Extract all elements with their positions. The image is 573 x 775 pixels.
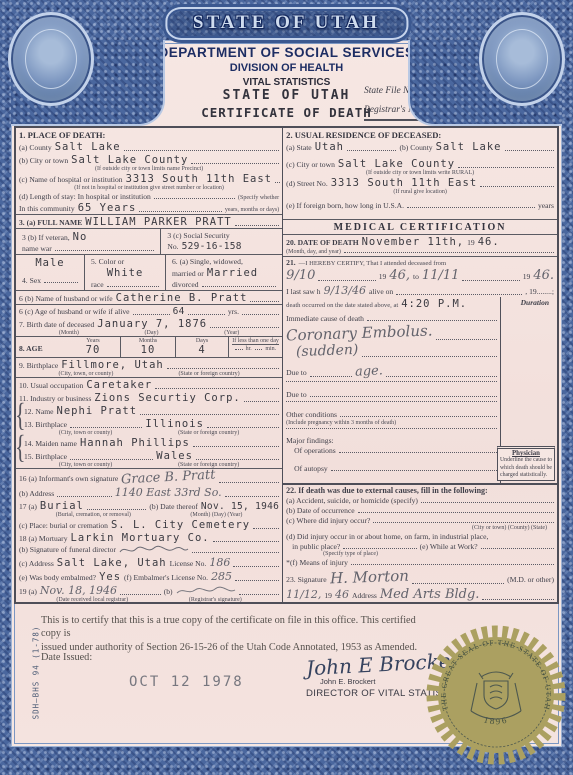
field-sex: Male 4. Sex xyxy=(16,255,85,290)
mother-name-label: 14. Maiden name xyxy=(24,439,77,448)
ssn-label: 3 (c) Social Security xyxy=(167,231,229,240)
age-days-cell: Days4 xyxy=(176,337,229,357)
attended-to-year: 46. xyxy=(533,268,554,283)
mother-birthplace-label: 15. Birthplace xyxy=(24,452,67,461)
field-marital: 6. (a) Single, widowed, married orMarrie… xyxy=(166,255,282,290)
mortuary-value: Larkin Mortuary Co. xyxy=(71,532,210,544)
disposition-label: 17 (a) xyxy=(19,502,37,511)
ext-at-work-label: (e) While at Work? xyxy=(420,542,478,551)
pod-city-value: Salt Lake County xyxy=(71,154,188,166)
medallion-right xyxy=(479,12,565,106)
field-physician-signature: 23. SignatureH. Morton(M.D. or other) 11… xyxy=(283,567,557,602)
row-veteran-ssn: 3 (b) If veteran,No name war 3 (c) Socia… xyxy=(16,229,282,255)
physician-note-title: Physician xyxy=(500,450,552,457)
date-of-death-year: 46. xyxy=(478,236,500,248)
form-left-column: 1. PLACE OF DEATH: (a) CountySalt Lake (… xyxy=(16,128,283,602)
race-label: 5. Color or xyxy=(91,257,124,266)
field-spouse-age: 6 (c) Age of husband or wife if alive64y… xyxy=(16,305,282,317)
birth-date-value: January 7, 1876 xyxy=(97,318,207,330)
father-name-label: 12. Name xyxy=(24,407,54,416)
immediate-cause-label: Immediate cause of death xyxy=(286,314,364,323)
res-city-label: (c) City or town xyxy=(286,160,335,169)
form-right-column: 2. USUAL RESIDENCE OF DECEASED: (a) Stat… xyxy=(283,128,557,602)
father-birthplace-label: 13. Birthplace xyxy=(24,420,67,429)
death-certificate-scan: { "colors":{"paper":"#f3e2de","frame_blu… xyxy=(0,0,573,775)
field-race: 5. Color or White race xyxy=(85,255,166,290)
mortuary-label: 18 (a) Mortuary xyxy=(19,534,68,543)
race-value: White xyxy=(107,267,144,279)
physician-note-box: Physician Underline the cause to which d… xyxy=(497,446,555,481)
ext-date-label: (b) Date of occurrence xyxy=(286,506,355,515)
field-veteran: 3 (b) If veteran,No name war xyxy=(16,229,161,254)
mother-brace: { xyxy=(15,431,26,464)
attended-to-date: 11/11 xyxy=(422,268,459,283)
birth-date-label: 7. Birth date of deceased xyxy=(19,320,94,329)
pod-city-label: (b) City or town xyxy=(19,156,68,165)
time-of-death: 4:20 P.M. xyxy=(401,298,467,310)
age-hours-cell: If less than one dayhr.min. xyxy=(229,337,282,357)
external-causes-title: 22. If death was due to external causes,… xyxy=(286,486,488,495)
embalmer-license-label: (f) Embalmer's License No. xyxy=(124,573,208,582)
pod-stay-sub2: years, months or days) xyxy=(225,207,279,213)
veteran-value: No xyxy=(73,231,88,243)
pod-stay-value: 65 Years xyxy=(78,202,137,214)
attended-from-year: 46, xyxy=(389,268,410,283)
disposition-value: Burial xyxy=(40,500,84,512)
section-cause-of-death: Duration death occurred on the date stat… xyxy=(283,297,557,483)
date-issued-stamp: OCT 12 1978 xyxy=(129,674,244,690)
industry-label: 11. Industry or business xyxy=(19,394,91,403)
received-label: 19 (a) xyxy=(19,587,37,596)
ext-where-label: (c) Where did injury occur? xyxy=(286,516,370,525)
last-saw-label: I last saw h xyxy=(286,287,320,296)
spouse-value: Catherine B. Pratt xyxy=(116,292,248,304)
funeral-director-label: (b) Signature of funeral director xyxy=(19,545,116,554)
of-autopsy-label: Of autopsy xyxy=(294,464,328,473)
due-to-1-label: Due to xyxy=(286,368,306,377)
mortuary-address-value: Salt Lake, Utah xyxy=(57,557,167,569)
field-full-name: 3. (a) FULL NAMEWILLIAM PARKER PRATT xyxy=(16,215,282,229)
date-of-death-label: 20. DATE OF DEATH xyxy=(286,238,358,247)
date-issued-label: Date Issued: xyxy=(41,652,92,663)
field-embalmed: (e) Was body embalmed?Yes(f) Embalmer's … xyxy=(16,569,282,583)
pod-county-label: (a) County xyxy=(19,143,52,152)
field-date-of-death: 20. DATE OF DEATHNovember 11th,1946. (Mo… xyxy=(283,235,557,257)
age-years-value: 70 xyxy=(69,344,117,356)
pod-hospital-label: (c) Name of hospital or institution xyxy=(19,175,123,184)
mother-birthplace-value: Wales xyxy=(156,450,193,462)
informant-address: 1140 East 33rd So. xyxy=(115,486,222,499)
medical-certification-header: MEDICAL CERTIFICATION xyxy=(283,220,557,235)
pod-hospital-value: 3313 South 11th East xyxy=(126,173,272,185)
field-burial: 17 (a)Burial(b) Date thereofNov. 15, 194… xyxy=(16,499,282,518)
field-industry: 11. Industry or businessZions Securtiy C… xyxy=(16,391,282,404)
medallion-left xyxy=(8,12,94,106)
physician-signature: H. Morton xyxy=(329,567,408,588)
field-birthplace: 9. BirthplaceFillmore, Utah (City, town,… xyxy=(16,358,282,378)
due-to-2-label: Due to xyxy=(286,390,306,399)
birthplace-label: 9. Birthplace xyxy=(19,361,58,370)
informant-label: 16 (a) Informant's own signature xyxy=(19,474,118,483)
res-foreign-label: (e) If foreign born, how long in U.S.A. xyxy=(286,201,404,210)
embalmer-license-number: 285 xyxy=(211,570,232,583)
age-days-value: 4 xyxy=(179,344,225,356)
form-number-sidecode: SDH—BHS 94 (1-78) xyxy=(31,626,40,720)
burial-place-value: S. L. City Cemetery xyxy=(111,519,250,531)
res-street-value: 3313 South 11th East xyxy=(331,177,477,189)
other-conditions-label: Other conditions xyxy=(286,410,337,419)
field-spouse: 6 (b) Name of husband or wifeCatherine B… xyxy=(16,291,282,305)
immediate-cause-handwritten2: (sudden) xyxy=(296,342,359,360)
place-of-death-title: 1. PLACE OF DEATH: xyxy=(16,128,282,140)
embalmed-value: Yes xyxy=(99,571,121,583)
due-to-1-handwritten: age. xyxy=(354,363,383,379)
funeral-director-signature xyxy=(119,545,189,555)
sex-label: 4. Sex xyxy=(22,276,41,285)
mother-name-value: Hannah Phillips xyxy=(80,437,190,449)
attended-from-date: 9/10 xyxy=(286,268,315,283)
res-state-value: Utah xyxy=(315,141,344,153)
license-number: 186 xyxy=(209,556,230,569)
ext-accident-label: (a) Accident, suicide, or homicide (spec… xyxy=(286,496,418,505)
of-operations-label: Of operations xyxy=(294,446,336,455)
section-residence: 2. USUAL RESIDENCE OF DECEASED: (a) Stat… xyxy=(283,128,557,220)
pod-county-value: Salt Lake xyxy=(55,141,121,153)
res-city-value: Salt Lake County xyxy=(338,158,455,170)
medical-certification-title: MEDICAL CERTIFICATION xyxy=(283,220,557,234)
age-months-cell: Months10 xyxy=(121,337,176,357)
field-burial-place: (c) Place: burial or cremationS. L. City… xyxy=(16,518,282,531)
field-father-birthplace: 13. BirthplaceIllinois (City, town or co… xyxy=(16,417,282,436)
age-label: 8. AGE xyxy=(19,344,43,353)
ssn-value: 529-16-158 xyxy=(182,241,242,252)
death-occurred-label: death occurred on the date stated above,… xyxy=(286,302,398,309)
occupation-value: Caretaker xyxy=(86,379,152,391)
pod-community-label: In this community xyxy=(19,204,75,213)
license-label: License No. xyxy=(170,559,207,568)
residence-title: 2. USUAL RESIDENCE OF DECEASED: xyxy=(283,128,557,140)
row-sex-race-marital: Male 4. Sex 5. Color or White race 6. (a… xyxy=(16,255,282,291)
veteran-label2: name war xyxy=(22,244,52,253)
field-informant: 16 (a) Informant's own signatureGrace B.… xyxy=(16,469,282,499)
state-of-utah-banner: STATE OF UTAH xyxy=(165,7,408,40)
section-certify: 21.—I HEREBY CERTIFY, That I attended de… xyxy=(283,257,557,297)
field-mother-birthplace: 15. BirthplaceWales (City, town or count… xyxy=(16,449,282,469)
spouse-age-label: 6 (c) Age of husband or wife if alive xyxy=(19,307,130,316)
burial-date-label: (b) Date thereof xyxy=(149,502,198,511)
sex-value: Male xyxy=(35,257,64,269)
registrar-signature xyxy=(176,586,236,596)
ext-means-label: *(f) Means of injury xyxy=(286,558,348,567)
mortuary-address-label: (c) Address xyxy=(19,559,54,568)
res-county-value: Salt Lake xyxy=(436,141,502,153)
marital-label: 6. (a) Single, widowed, xyxy=(172,257,243,266)
certify-statement: —I HEREBY CERTIFY, That I attended decea… xyxy=(299,260,446,267)
banner-text: STATE OF UTAH xyxy=(193,12,380,33)
field-registrar-receipt: 19 (a)Nov. 18, 1946(b) (Date received lo… xyxy=(16,583,282,603)
field-funeral-director: (b) Signature of funeral director xyxy=(16,544,282,555)
spouse-age-value: 64 xyxy=(173,306,185,317)
res-county-label: (b) County xyxy=(399,143,432,152)
field-mortuary: 18 (a) MortuaryLarkin Mortuary Co. xyxy=(16,531,282,544)
father-name-value: Nephi Pratt xyxy=(57,405,138,417)
father-birthplace-value: Illinois xyxy=(145,418,204,430)
industry-value: Zions Securtiy Corp. xyxy=(94,392,240,404)
age-label-cell: 8. AGE xyxy=(16,337,66,357)
embalmed-label: (e) Was body embalmed? xyxy=(19,573,96,582)
occupation-label: 10. Usual occupation xyxy=(19,381,83,390)
great-seal-of-utah: • THE GREAT SEAL OF THE STATE OF UTAH • … xyxy=(421,613,571,775)
field-ssn: 3 (c) Social Security No.529-16-158 xyxy=(161,229,282,254)
pod-stay-label: (d) Length of stay: In hospital or insti… xyxy=(19,192,151,201)
age-table: 8. AGE Years70 Months10 Days4 If less th… xyxy=(16,337,282,358)
res-street-label: (d) Street No. xyxy=(286,179,328,188)
physician-address-label: Address xyxy=(352,591,377,600)
certificate-form: 1. PLACE OF DEATH: (a) CountySalt Lake (… xyxy=(14,126,559,604)
field-father-name: { 12. NameNephi Pratt xyxy=(16,404,282,417)
last-saw-date: 9/13/46 xyxy=(324,284,366,297)
received-date: Nov. 18, 1946 xyxy=(40,584,117,597)
burial-date-value: Nov. 15, 1946 xyxy=(201,501,279,512)
physician-note-text: Underline the cause to which death shoul… xyxy=(500,457,552,479)
ext-injury-label: (d) Did injury occur in or about home, o… xyxy=(286,532,488,541)
marital-value: Married xyxy=(207,267,258,279)
major-findings-label: Major findings: xyxy=(286,436,333,445)
full-name-label: 3. (a) FULL NAME xyxy=(19,218,82,227)
physician-signature-label: 23. Signature xyxy=(286,575,327,584)
field-mortuary-address: (c) AddressSalt Lake, UtahLicense No.186 xyxy=(16,555,282,569)
age-months-value: 10 xyxy=(124,344,172,356)
certified-copy-statement: This is to certify that this is a true c… xyxy=(41,614,433,654)
res-state-label: (a) State xyxy=(286,143,312,152)
field-occupation: 10. Usual occupationCaretaker xyxy=(16,378,282,391)
veteran-label: 3 (b) If veteran, xyxy=(22,233,70,242)
field-mother-name: { 14. Maiden nameHannah Phillips xyxy=(16,436,282,449)
spouse-label: 6 (b) Name of husband or wife xyxy=(19,294,113,303)
informant-address-label: (b) Address xyxy=(19,489,54,498)
date-of-death-value: November 11th, xyxy=(362,236,465,248)
item-21: 21. xyxy=(286,258,296,267)
field-birth-date: 7. Birth date of deceasedJanuary 7, 1876… xyxy=(16,317,282,337)
burial-place-label: (c) Place: burial or cremation xyxy=(19,521,108,530)
birthplace-value: Fillmore, Utah xyxy=(61,359,164,371)
section-place-of-death: 1. PLACE OF DEATH: (a) CountySalt Lake (… xyxy=(16,128,282,215)
full-name-value: WILLIAM PARKER PRATT xyxy=(85,216,231,228)
physician-sign-date: 11/12, xyxy=(286,588,321,601)
section-external-causes: 22. If death was due to external causes,… xyxy=(283,483,557,567)
physician-address: Med Arts Bldg. xyxy=(380,587,480,602)
age-years-cell: Years70 xyxy=(66,337,121,357)
